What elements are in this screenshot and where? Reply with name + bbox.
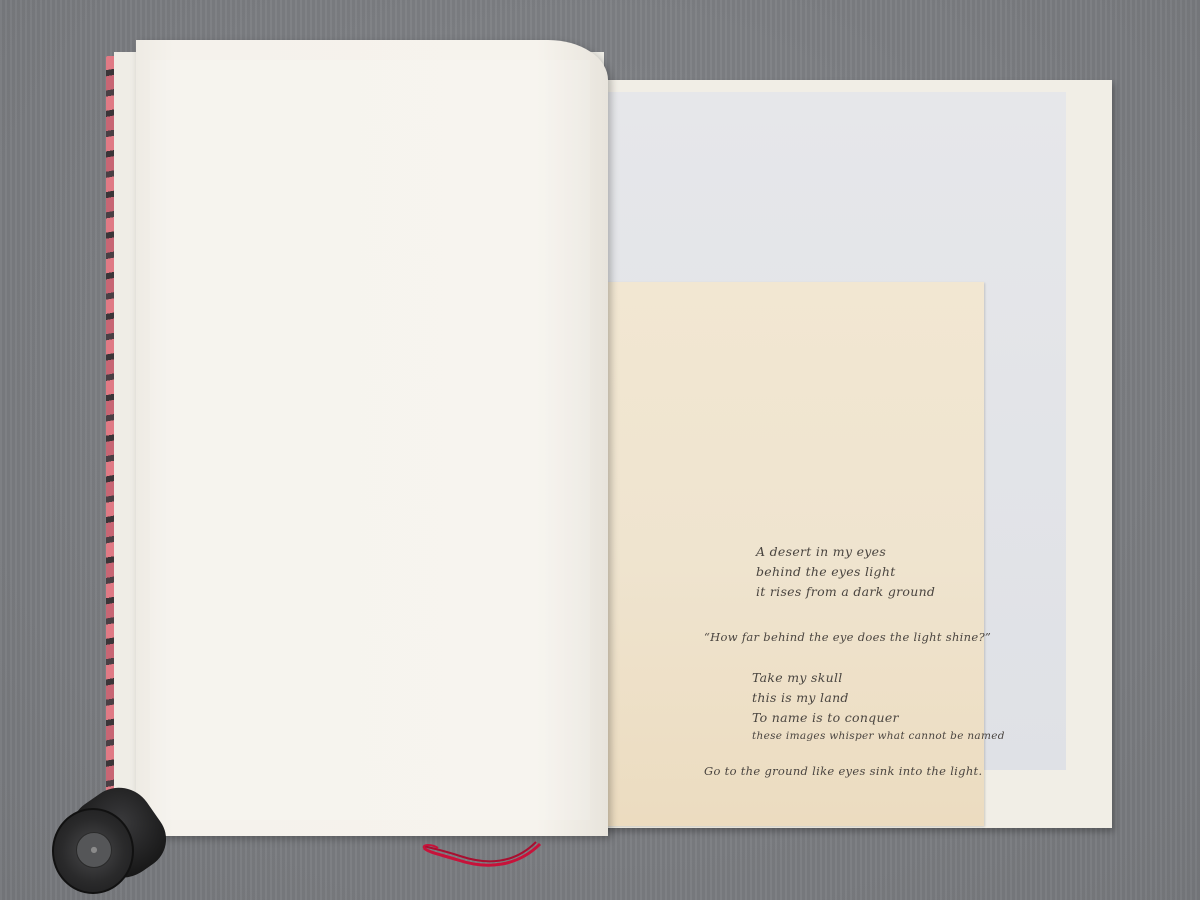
handwritten-note-sheet: A desert in my eyes behind the eyes ligh… [604, 282, 984, 826]
ribbon-bookmark [418, 836, 548, 876]
poem-line: behind the eyes light [756, 564, 896, 579]
left-page-faint-area [150, 60, 590, 820]
poem-line: this is my land [752, 690, 849, 705]
book-weight-boss-icon: ● [76, 832, 112, 868]
poem-line: it rises from a dark ground [756, 584, 935, 599]
poem-line: these images whisper what cannot be name… [752, 730, 1005, 742]
poem-line: To name is to conquer [752, 710, 899, 725]
poem-line: “How far behind the eye does the light s… [704, 630, 991, 644]
poem-line: A desert in my eyes [756, 544, 886, 559]
poem-line: Take my skull [752, 670, 843, 685]
poem-line: Go to the ground like eyes sink into the… [704, 764, 982, 778]
